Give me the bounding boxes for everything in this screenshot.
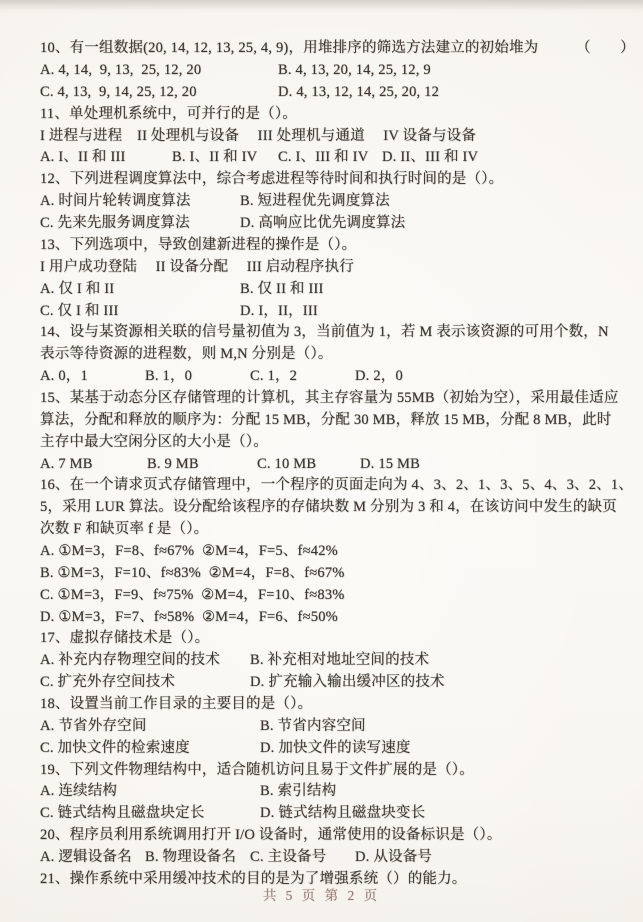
text-line: C. 4, 13, 9, 14, 25, 12, 20D. 4, 13, 12,… <box>0 82 643 104</box>
text-line: A. ①M=3，F=8、f≈67% ②M=4，F=5、f≈42% <box>0 541 643 563</box>
text-segment: D. I，II，III <box>240 301 318 321</box>
text-segment: 算法，分配和释放的顺序为：分配 15 MB，分配 30 MB，释放 15 MB，… <box>40 410 612 430</box>
text-segment: A. 补充内存物理空间的技术 <box>40 650 220 670</box>
text-segment: 12、下列进程调度算法中，综合考虑进程等待时间和执行时间的是（）。 <box>40 169 503 189</box>
text-segment: C. 链式结构且磁盘块定长 <box>40 803 205 823</box>
text-segment: （ ） <box>576 38 635 58</box>
text-line: 次数 F 和缺页率 f 是（）。 <box>0 519 643 541</box>
text-line: 主存中最大空闲分区的大小是（）。 <box>0 432 643 454</box>
text-line: A. 时间片轮转调度算法B. 短进程优先调度算法 <box>0 191 643 213</box>
text-line: C. 链式结构且磁盘块定长D. 链式结构且磁盘块变长 <box>0 803 643 825</box>
page-footer: 共 5 页 第 2 页 <box>0 884 643 904</box>
text-line: 18、设置当前工作目录的主要目的是（）。 <box>0 694 643 716</box>
text-line: I 进程与进程 II 处理机与设备 III 处理机与通道 IV 设备与设备 <box>0 126 643 148</box>
text-segment: D. 从设备号 <box>355 847 432 867</box>
text-segment: B. 1，0 <box>145 366 192 386</box>
text-segment: 16、在一个请求页式存储管理中，一个程序的页面走向为 4、3、2、1、3、5、4… <box>40 475 633 495</box>
text-segment: D. 链式结构且磁盘块变长 <box>260 803 425 823</box>
text-line: 10、有一组数据(20, 14, 12, 13, 25, 4, 9)，用堆排序的… <box>0 38 643 60</box>
text-segment: D. 2，0 <box>355 366 403 386</box>
text-segment: 15、某基于动态分区存储管理的计算机，其主存容量为 55MB（初始为空），采用最… <box>40 388 619 408</box>
text-segment: B. 补充相对地址空间的技术 <box>250 650 429 670</box>
text-line: C. 加快文件的检索速度D. 加快文件的读写速度 <box>0 738 643 760</box>
text-segment: C. 10 MB <box>257 454 316 474</box>
text-segment: I 用户成功登陆 II 设备分配 III 启动程序执行 <box>40 257 354 277</box>
text-segment: 11、单处理机系统中，可并行的是（）。 <box>40 104 297 124</box>
text-line: B. ①M=3，F=10、f≈83% ②M=4，F=8、f≈67% <box>0 563 643 585</box>
text-line: A. 仅 I 和 IIB. 仅 II 和 III <box>0 279 643 301</box>
text-segment: A. I、II 和 III <box>40 147 126 167</box>
text-segment: 5，采用 LUR 算法。设分配给该程序的存储块数 M 分别为 3 和 4，在该访… <box>40 497 617 517</box>
text-line: A. I、II 和 IIIB. I、II 和 IVC. I、III 和 IVD.… <box>0 147 643 169</box>
text-segment: C. I、III 和 IV <box>278 147 368 167</box>
text-segment: D. 4, 13, 12, 14, 25, 20, 12 <box>278 82 439 102</box>
text-segment: A. ①M=3，F=8、f≈67% ②M=4，F=5、f≈42% <box>40 541 338 561</box>
text-segment: D. ①M=3，F=7、f≈58% ②M=4，F=6、f≈50% <box>40 607 338 627</box>
text-segment: D. 加快文件的读写速度 <box>260 738 411 758</box>
text-segment: A. 4, 14, 9, 13, 25, 12, 20 <box>40 60 201 80</box>
text-line: A. 节省外存空间B. 节省内容空间 <box>0 716 643 738</box>
text-line: A. 补充内存物理空间的技术B. 补充相对地址空间的技术 <box>0 650 643 672</box>
text-segment: A. 0，1 <box>40 366 88 386</box>
text-segment: A. 逻辑设备名 <box>40 847 132 867</box>
text-segment: C. 4, 13, 9, 14, 25, 12, 20 <box>40 82 197 102</box>
text-segment: B. 9 MB <box>147 454 199 474</box>
text-line: A. 4, 14, 9, 13, 25, 12, 20B. 4, 13, 20,… <box>0 60 643 82</box>
text-segment: D. 高响应比优先调度算法 <box>240 213 405 233</box>
text-segment: B. 节省内容空间 <box>260 716 366 736</box>
text-segment: 表示等待资源的进程数，则 M,N 分别是（）。 <box>40 344 333 364</box>
text-line: C. 先来先服务调度算法D. 高响应比优先调度算法 <box>0 213 643 235</box>
text-segment: B. I、II 和 IV <box>172 147 257 167</box>
text-line: C. 扩充外存空间技术D. 扩充输入输出缓冲区的技术 <box>0 672 643 694</box>
text-line: I 用户成功登陆 II 设备分配 III 启动程序执行 <box>0 257 643 279</box>
text-line: 14、设与某资源相关联的信号量初值为 3，当前值为 1，若 M 表示该资源的可用… <box>0 322 643 344</box>
text-segment: B. 仅 II 和 III <box>240 279 324 299</box>
text-segment: A. 时间片轮转调度算法 <box>40 191 191 211</box>
text-segment: 次数 F 和缺页率 f 是（）。 <box>40 519 208 539</box>
text-line: 12、下列进程调度算法中，综合考虑进程等待时间和执行时间的是（）。 <box>0 169 643 191</box>
text-segment: D. 扩充输入输出缓冲区的技术 <box>250 672 445 692</box>
text-segment: 20、程序员利用系统调用打开 I/O 设备时，通常使用的设备标识是（）。 <box>40 825 502 845</box>
text-segment: I 进程与进程 II 处理机与设备 III 处理机与通道 IV 设备与设备 <box>40 126 476 146</box>
text-segment: 17、虚拟存储技术是（）。 <box>40 628 209 648</box>
text-line: 17、虚拟存储技术是（）。 <box>0 628 643 650</box>
scan-edge-shadow <box>0 0 643 10</box>
text-segment: C. 1，2 <box>250 366 297 386</box>
text-segment: D. II、III 和 IV <box>382 147 478 167</box>
text-line: 5，采用 LUR 算法。设分配给该程序的存储块数 M 分别为 3 和 4，在该访… <box>0 497 643 519</box>
text-segment: B. ①M=3，F=10、f≈83% ②M=4，F=8、f≈67% <box>40 563 345 583</box>
text-segment: 14、设与某资源相关联的信号量初值为 3，当前值为 1，若 M 表示该资源的可用… <box>40 322 609 342</box>
text-segment: A. 连续结构 <box>40 781 117 801</box>
text-segment: 主存中最大空闲分区的大小是（）。 <box>40 432 268 452</box>
text-segment: 19、下列文件物理结构中，适合随机访问且易于文件扩展的是（）。 <box>40 760 474 780</box>
text-segment: B. 物理设备名 <box>145 847 236 867</box>
text-line: 表示等待资源的进程数，则 M,N 分别是（）。 <box>0 344 643 366</box>
text-line: D. ①M=3，F=7、f≈58% ②M=4，F=6、f≈50% <box>0 607 643 629</box>
text-line: 19、下列文件物理结构中，适合随机访问且易于文件扩展的是（）。 <box>0 760 643 782</box>
text-segment: C. 仅 I 和 III <box>40 301 119 321</box>
exam-page: 10、有一组数据(20, 14, 12, 13, 25, 4, 9)，用堆排序的… <box>0 0 643 922</box>
text-segment: C. ①M=3，F=9、f≈75% ②M=4，F=10、f≈83% <box>40 585 345 605</box>
text-line: A. 逻辑设备名B. 物理设备名C. 主设备号D. 从设备号 <box>0 847 643 869</box>
text-line: 20、程序员利用系统调用打开 I/O 设备时，通常使用的设备标识是（）。 <box>0 825 643 847</box>
text-line: A. 连续结构B. 索引结构 <box>0 781 643 803</box>
text-line: 算法，分配和释放的顺序为：分配 15 MB，分配 30 MB，释放 15 MB，… <box>0 410 643 432</box>
text-segment: C. 先来先服务调度算法 <box>40 213 190 233</box>
text-line: 11、单处理机系统中，可并行的是（）。 <box>0 104 643 126</box>
text-line: 13、下列选项中，导致创建新进程的操作是（）。 <box>0 235 643 257</box>
text-line: A. 7 MBB. 9 MBC. 10 MBD. 15 MB <box>0 454 643 476</box>
text-segment: B. 短进程优先调度算法 <box>240 191 390 211</box>
text-segment: A. 7 MB <box>40 454 93 474</box>
text-segment: A. 节省外存空间 <box>40 716 147 736</box>
text-line: 15、某基于动态分区存储管理的计算机，其主存容量为 55MB（初始为空），采用最… <box>0 388 643 410</box>
text-segment: 13、下列选项中，导致创建新进程的操作是（）。 <box>40 235 356 255</box>
text-segment: D. 15 MB <box>360 454 420 474</box>
text-line: C. ①M=3，F=9、f≈75% ②M=4，F=10、f≈83% <box>0 585 643 607</box>
text-segment: B. 4, 13, 20, 14, 25, 12, 9 <box>278 60 431 80</box>
text-line: C. 仅 I 和 IIID. I，II，III <box>0 301 643 323</box>
text-line: A. 0，1B. 1，0C. 1，2D. 2，0 <box>0 366 643 388</box>
text-segment: C. 加快文件的检索速度 <box>40 738 190 758</box>
text-segment: C. 扩充外存空间技术 <box>40 672 175 692</box>
text-segment: C. 主设备号 <box>250 847 326 867</box>
text-segment: B. 索引结构 <box>260 781 336 801</box>
text-segment: A. 仅 I 和 II <box>40 279 114 299</box>
text-line: 16、在一个请求页式存储管理中，一个程序的页面走向为 4、3、2、1、3、5、4… <box>0 475 643 497</box>
text-segment: 10、有一组数据(20, 14, 12, 13, 25, 4, 9)，用堆排序的… <box>40 38 538 58</box>
text-segment: 18、设置当前工作目录的主要目的是（）。 <box>40 694 312 714</box>
